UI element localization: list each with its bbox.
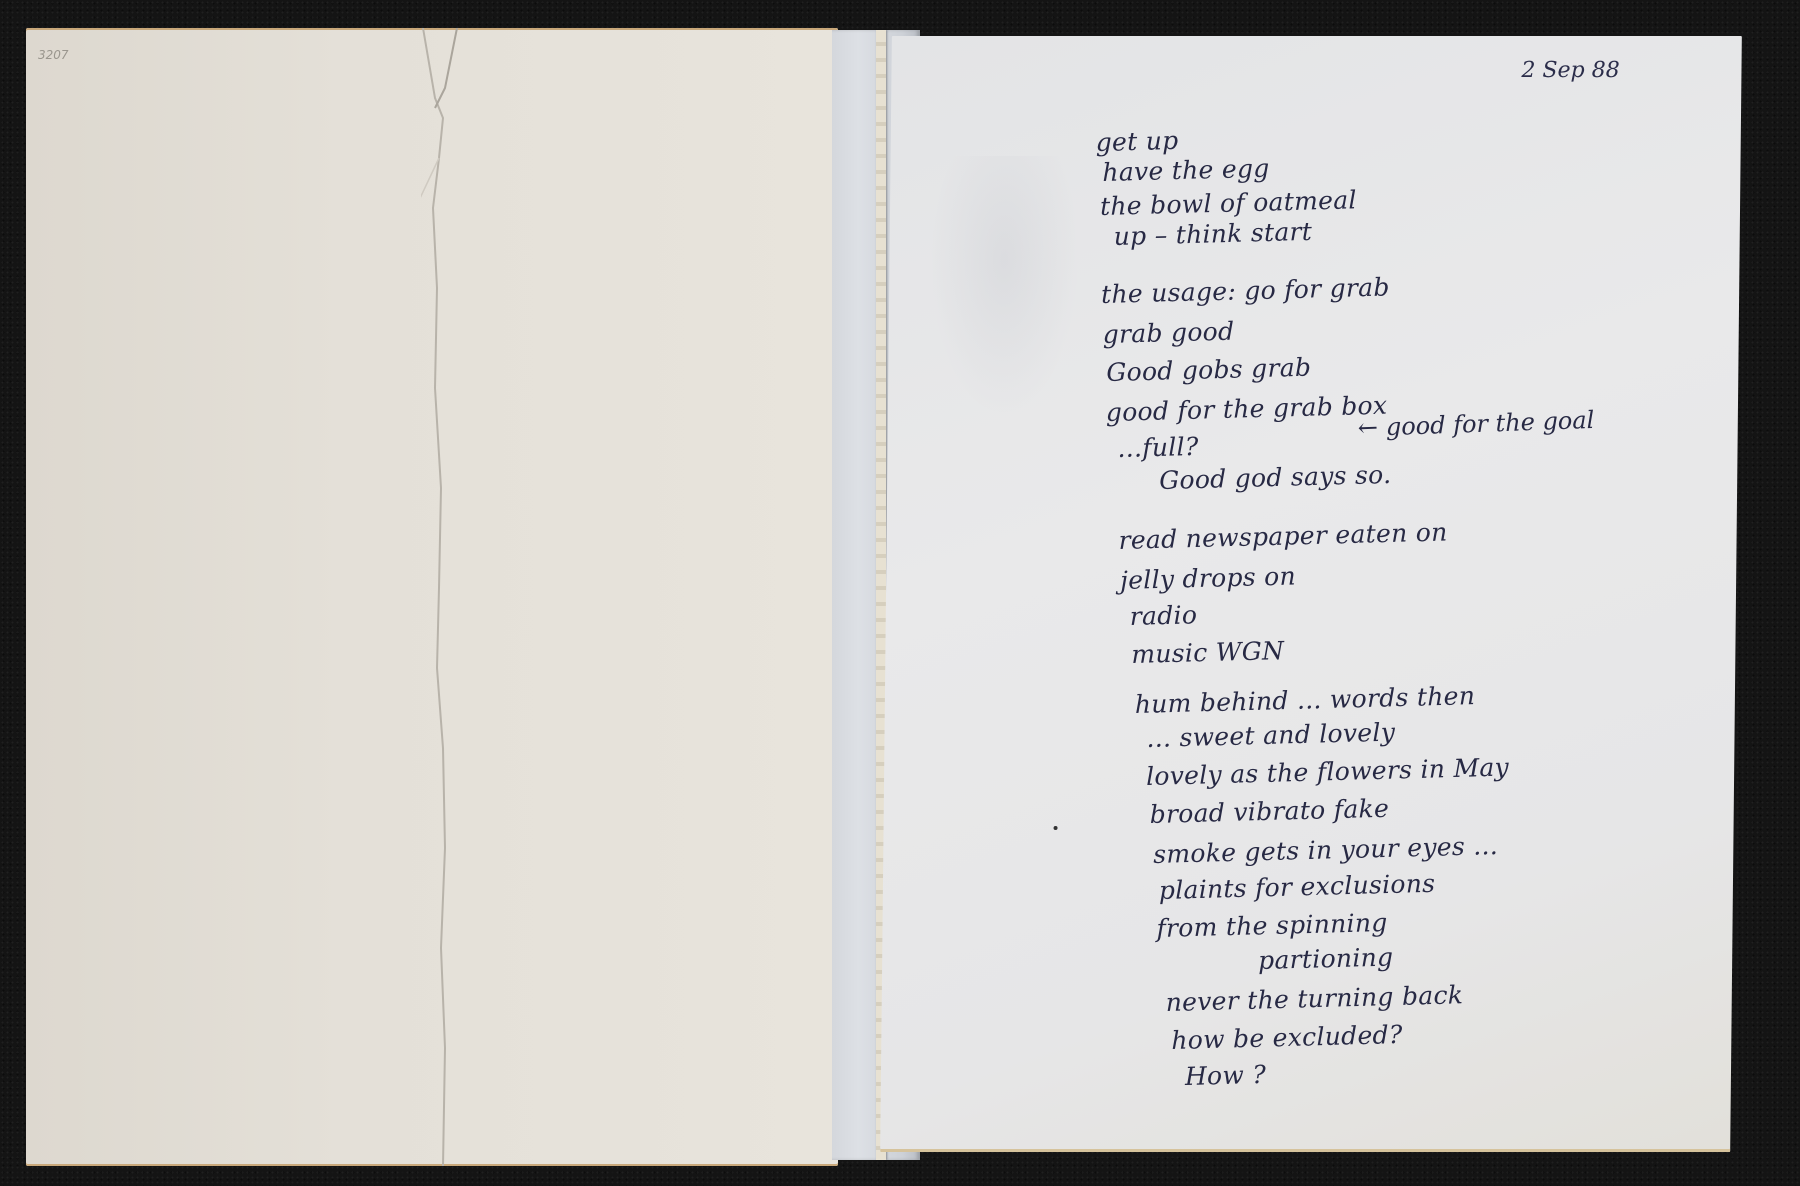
handwritten-line: up – think start — [1114, 217, 1313, 251]
handwritten-line: read newspaper eaten on — [1118, 517, 1447, 555]
margin-note-text: good for the goal — [1386, 406, 1595, 441]
handwritten-line: broad vibrato fake — [1149, 794, 1389, 829]
ink-dot — [1054, 826, 1058, 830]
show-through-ink — [928, 156, 1081, 416]
handwritten-line: Good gobs grab — [1106, 353, 1311, 387]
handwritten-line: How ? — [1185, 1060, 1267, 1091]
handwritten-line: the usage: go for grab — [1101, 272, 1390, 309]
handwritten-line: how be excluded? — [1171, 1020, 1403, 1055]
handwritten-line: never the turning back — [1165, 980, 1463, 1017]
paper-crease — [421, 28, 461, 1166]
handwritten-line: radio — [1130, 600, 1198, 631]
handwritten-line: ... sweet and lovely — [1146, 717, 1395, 752]
right-page: 2 Sep 88 get up have the egg the bowl of… — [880, 36, 1742, 1152]
handwritten-line: partioning — [1258, 942, 1394, 975]
handwritten-line: have the egg — [1102, 154, 1270, 187]
handwritten-line: good for the grab box — [1106, 391, 1388, 427]
handwritten-line: hum behind ... words then — [1135, 681, 1476, 719]
handwritten-line: from the spinning — [1156, 908, 1387, 943]
page-number: 3207 — [38, 48, 69, 62]
handwritten-line: get up — [1096, 126, 1179, 157]
left-page: 3207 — [26, 28, 838, 1166]
handwritten-line: the bowl of oatmeal — [1100, 185, 1357, 221]
date-note: 2 Sep 88 — [1521, 58, 1619, 83]
left-arrow-icon: ← — [1357, 413, 1378, 442]
margin-annotation: ←good for the goal — [1357, 406, 1594, 442]
handwritten-line: grab good — [1102, 317, 1234, 349]
handwritten-line: smoke gets in your eyes ... — [1153, 831, 1498, 869]
handwritten-line: ...full? — [1117, 432, 1198, 463]
handwritten-line: music WGN — [1131, 636, 1284, 669]
handwritten-line: jelly drops on — [1120, 561, 1296, 595]
handwritten-line: plaints for exclusions — [1159, 869, 1436, 905]
handwritten-line: lovely as the flowers in May — [1146, 753, 1509, 791]
handwritten-line: Good god says so. — [1159, 460, 1392, 495]
